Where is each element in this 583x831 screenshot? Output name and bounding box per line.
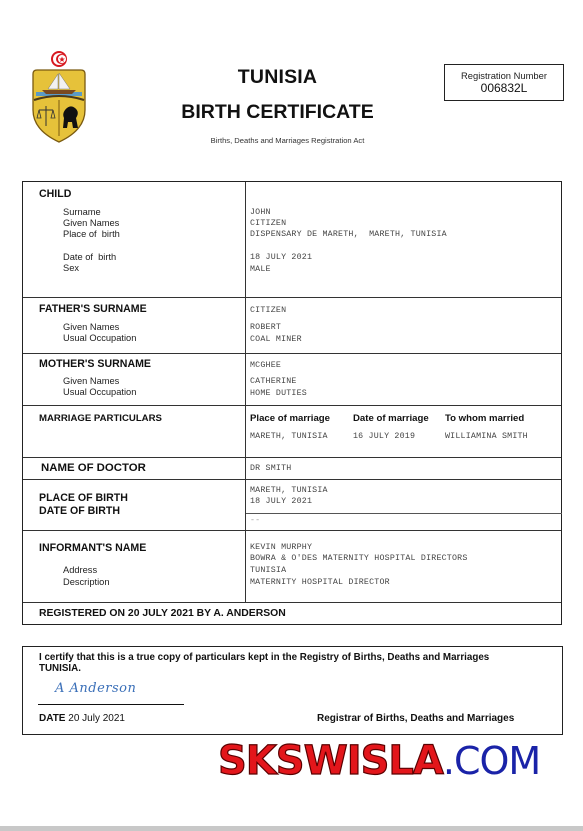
watermark: SKSWISLA.COM	[218, 738, 540, 784]
certificate-table: CHILD Surname Given Names Place of birth…	[22, 181, 562, 625]
marriage-spouse-header: To whom married	[445, 413, 524, 424]
registration-number-label: Registration Number	[445, 70, 563, 81]
child-given-names-label: Given Names	[63, 218, 119, 229]
certification-date: DATE 20 July 2021	[39, 713, 125, 724]
father-surname-value: CITIZEN	[250, 306, 286, 315]
date-label: DATE	[39, 713, 65, 724]
registered-statement: REGISTERED ON 20 JULY 2021 BY A. ANDERSO…	[39, 608, 286, 619]
place-of-birth-heading: PLACE OF BIRTH	[39, 492, 128, 504]
father-given-names-label: Given Names	[63, 322, 119, 333]
child-place-of-birth-value: DISPENSARY DE MARETH, MARETH, TUNISIA	[250, 230, 447, 239]
marriage-heading: MARRIAGE PARTICULARS	[39, 413, 162, 424]
informant-address-line2: TUNISIA	[250, 566, 286, 575]
informant-description-value: MATERNITY HOSPITAL DIRECTOR	[250, 578, 390, 587]
date-of-birth-value: 18 JULY 2021	[250, 497, 312, 506]
certification-box: I certify that this is a true copy of pa…	[22, 646, 563, 735]
country-title: TUNISIA	[165, 66, 390, 89]
informant-name-value: KEVIN MURPHY	[250, 543, 312, 552]
child-sex-label: Sex	[63, 263, 79, 274]
mother-given-names-label: Given Names	[63, 376, 119, 387]
birth-extra-value: --	[250, 516, 260, 525]
row-divider	[23, 405, 561, 406]
informant-address-label: Address	[63, 565, 97, 576]
row-divider	[23, 457, 561, 458]
registration-act: Births, Deaths and Marriages Registratio…	[175, 136, 400, 145]
certification-statement-line1: I certify that this is a true copy of pa…	[39, 652, 489, 663]
row-divider	[23, 602, 561, 603]
mother-given-names-value: CATHERINE	[250, 377, 297, 386]
row-divider	[23, 297, 561, 298]
informant-address-line1: BOWRA & O'DES MATERNITY HOSPITAL DIRECTO…	[250, 554, 468, 563]
marriage-date-value: 16 JULY 2019	[353, 432, 415, 441]
date-of-birth-heading: DATE OF BIRTH	[39, 505, 120, 517]
informant-heading: INFORMANT'S NAME	[39, 542, 146, 554]
bottom-scroll-edge	[0, 826, 583, 831]
column-divider	[245, 182, 246, 602]
child-date-of-birth-label: Date of birth	[63, 252, 116, 263]
doctor-heading: NAME OF DOCTOR	[41, 462, 146, 474]
registrar-title: Registrar of Births, Deaths and Marriage…	[317, 713, 514, 724]
row-divider	[23, 353, 561, 354]
father-occupation-label: Usual Occupation	[63, 333, 136, 344]
watermark-brand: SKSWISLA	[218, 738, 443, 784]
marriage-place-value: MARETH, TUNISIA	[250, 432, 328, 441]
registrar-signature: A Anderson	[55, 681, 136, 696]
signature-line	[38, 704, 184, 705]
informant-description-label: Description	[63, 577, 110, 588]
doctor-value: DR SMITH	[250, 464, 291, 473]
child-surname-label: Surname	[63, 207, 101, 218]
child-surname-value: JOHN	[250, 208, 271, 217]
father-heading: FATHER'S SURNAME	[39, 303, 147, 315]
mother-heading: MOTHER'S SURNAME	[39, 358, 151, 370]
document-title: BIRTH CERTIFICATE	[165, 101, 390, 124]
marriage-place-header: Place of marriage	[250, 413, 330, 424]
child-date-of-birth-value: 18 JULY 2021	[250, 253, 312, 262]
child-given-names-value: CITIZEN	[250, 219, 286, 228]
father-occupation-value: COAL MINER	[250, 335, 302, 344]
mother-occupation-value: HOME DUTIES	[250, 389, 307, 398]
row-divider	[23, 479, 561, 480]
date-value: 20 July 2021	[68, 713, 125, 724]
registration-number-box: Registration Number 006832L	[444, 64, 564, 101]
row-divider	[23, 530, 561, 531]
certification-statement-line2: TUNISIA.	[39, 663, 81, 674]
child-heading: CHILD	[39, 188, 71, 200]
marriage-spouse-value: WILLIAMINA SMITH	[445, 432, 528, 441]
sub-divider	[246, 513, 562, 514]
father-given-names-value: ROBERT	[250, 323, 281, 332]
registration-number-value: 006832L	[445, 81, 563, 95]
tunisia-coat-of-arms-icon	[28, 48, 90, 144]
mother-occupation-label: Usual Occupation	[63, 387, 136, 398]
marriage-date-header: Date of marriage	[353, 413, 429, 424]
mother-surname-value: MCGHEE	[250, 361, 281, 370]
child-place-of-birth-label: Place of birth	[63, 229, 120, 240]
place-of-birth-value: MARETH, TUNISIA	[250, 486, 328, 495]
watermark-domain: .COM	[443, 739, 540, 783]
child-sex-value: MALE	[250, 265, 271, 274]
